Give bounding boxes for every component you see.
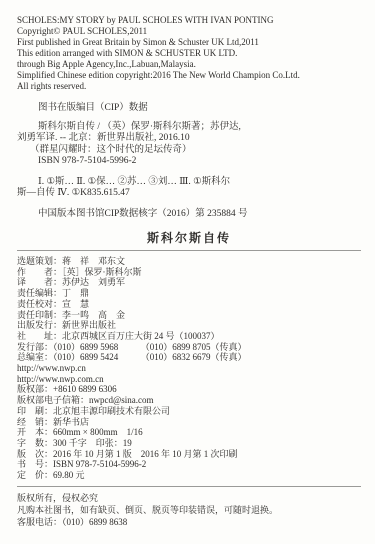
english-copyright-line: This edition arranged with SIMON & SCHUS… [17,48,361,59]
rights-notice-line: 凡购本社图书，如有缺页、倒页、脱页等印装错误，可随时退换。 [17,504,361,516]
rights-notice-block: 版权所有，侵权必究 凡购本社图书，如有缺页、倒页、脱页等印装错误，可随时退换。 … [17,492,361,528]
colophon-row: 责任校对：宣 慧 [17,299,361,310]
colophon-row: 社 址：北京西城区百万庄大街 24 号（100037） [17,331,361,342]
cip-classification-line-1: Ⅰ. ①斯… Ⅱ. ①保… ②苏… ③刘… Ⅲ. ①斯科尔 [17,177,361,189]
colophon-row: 总编室：（010）6899 5424 （010）6832 6679（传真） [17,352,361,363]
english-copyright-line: Simplified Chinese edition copyright:201… [17,70,361,81]
english-copyright-line: First published in Great Britain by Simo… [17,37,361,48]
colophon-row: 版 次：2016 年 10 月第 1 版 2016 年 10 月第 1 次印刷 [17,449,361,460]
rights-notice-line: 版权所有，侵权必究 [17,492,361,504]
cip-heading: 图书在版编目（CIP）数据 [17,103,361,115]
colophon-row: 开 本：660mm × 800mm 1/16 [17,427,361,438]
copyright-page: SCHOLES:MY STORY by PAUL SCHOLES WITH IV… [0,0,375,544]
colophon-row: 责任编辑：丁 鼎 [17,288,361,299]
colophon-row: 定 价：69.80 元 [17,470,361,481]
cip-entry-line-2: 刘勇军译. -- 北京：新世界出版社, 2016.10 [17,133,361,145]
colophon-row: 出版发行：新世界出版社 [17,320,361,331]
cip-isbn-line: ISBN 978-7-5104-5996-2 [17,156,361,168]
cip-entry-line-1: 斯科尔斯自传 / （英）保罗·斯科尔斯著；苏伊达, [17,122,361,134]
footer-divider [17,486,361,487]
title-row: 斯科尔斯自传 [17,229,361,247]
colophon-row: 书 号：ISBN 978-7-5104-5996-2 [17,459,361,470]
colophon-row: 经 销：新华书店 [17,417,361,428]
spacer [17,200,361,209]
title-divider [17,250,361,251]
english-copyright-line: SCHOLES:MY STORY by PAUL SCHOLES WITH IV… [17,15,361,26]
colophon-row: http://www.nwp.com.cn [17,374,361,385]
colophon-row: 作 者：［英］保罗·斯科尔斯 [17,267,361,278]
colophon-row: 字 数：300 千字 印张：19 [17,438,361,449]
english-copyright-line: All rights reserved. [17,81,361,92]
colophon-row: 译 者：苏伊达 刘勇军 [17,277,361,288]
cip-classification-line-2: 斯—自传 Ⅳ. ①K835.615.47 [17,188,361,200]
colophon-row: 版权部：+8610 6899 6306 [17,384,361,395]
colophon-row: 责任印制：李一鸣 高 金 [17,310,361,321]
spacer [17,168,361,177]
colophon-row: 印 刷：北京旭丰源印刷技术有限公司 [17,406,361,417]
colophon-block: 选题策划：蒋 祥 邓东文 作 者：［英］保罗·斯科尔斯 译 者：苏伊达 刘勇军 … [17,256,361,481]
colophon-row: 选题策划：蒋 祥 邓东文 [17,256,361,267]
cip-data-block: 图书在版编目（CIP）数据 斯科尔斯自传 / （英）保罗·斯科尔斯著；苏伊达, … [17,103,361,220]
english-copyright-line: through Big Apple Agency,Inc.,Labuan,Mal… [17,59,361,70]
colophon-row: http://www.nwp.cn [17,363,361,374]
english-copyright-block: SCHOLES:MY STORY by PAUL SCHOLES WITH IV… [17,15,361,92]
cip-registry-line: 中国版本图书馆CIP数据核字（2016）第 235884 号 [17,209,361,221]
rights-notice-line: 客服电话：（010）6899 8638 [17,516,361,528]
english-copyright-line: Copyright© PAUL SCHOLES,2011 [17,26,361,37]
book-title: 斯科尔斯自传 [147,229,231,246]
colophon-row: 版权部电子信箱：nwpcd@sina.com [17,395,361,406]
colophon-row: 发行部：（010）6899 5968 （010）6899 8705（传真） [17,342,361,353]
cip-series-line: （群星闪耀时：这个时代的足坛传奇） [17,145,361,157]
